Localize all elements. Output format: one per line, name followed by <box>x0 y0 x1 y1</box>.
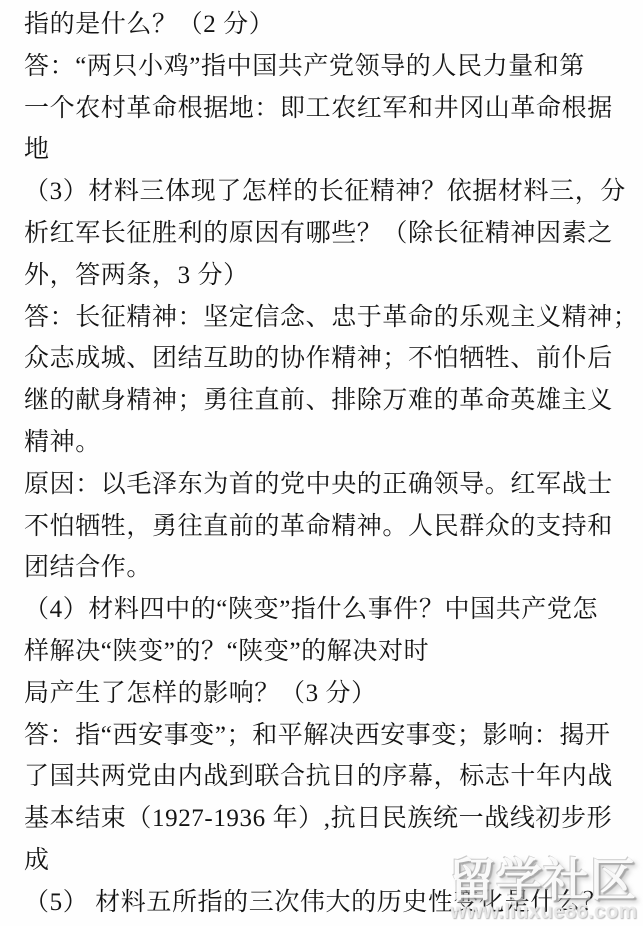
text-line: （5） 材料五所指的三次伟大的历史性变化是什么？ <box>24 882 623 924</box>
text-line: 答：长征精神：坚定信念、忠于革命的乐观主义精神； <box>24 297 623 339</box>
text-line: 一个农村革命根据地：即工农红军和井冈山革命根据 <box>24 88 623 130</box>
text-line: 地 <box>24 129 623 171</box>
text-line: 不怕牺牲，勇往直前的革命精神。人民群众的支持和 <box>24 506 623 548</box>
text-line: 答：“两只小鸡”指中国共产党领导的人民力量和第 <box>24 46 623 88</box>
document-page: 指的是什么？（2 分） 答：“两只小鸡”指中国共产党领导的人民力量和第 一个农村… <box>0 0 643 926</box>
text-line: 继的献身精神；勇往直前、排除万难的革命英雄主义 <box>24 380 623 422</box>
text-line: 精神。 <box>24 422 623 464</box>
text-line: 局产生了怎样的影响？（3 分） <box>24 673 623 715</box>
text-line: （3）材料三体现了怎样的长征精神？依据材料三，分 <box>24 171 623 213</box>
text-line: 团结合作。 <box>24 547 623 589</box>
text-line: 基本结束（1927-1936 年）,抗日民族统一战线初步形 <box>24 798 623 840</box>
text-line: 析红军长征胜利的原因有哪些？（除长征精神因素之 <box>24 213 623 255</box>
text-line: 原因：以毛泽东为首的党中央的正确领导。红军战士 <box>24 464 623 506</box>
text-line: 外，答两条，3 分） <box>24 255 623 297</box>
text-line: 众志成城、团结互助的协作精神；不怕牺牲、前仆后 <box>24 338 623 380</box>
text-line: 答：指“西安事变”；和平解决西安事变；影响：揭开 <box>24 715 623 757</box>
text-line: 成 <box>24 840 623 882</box>
text-line: 指的是什么？（2 分） <box>24 4 623 46</box>
text-line: 了国共两党由内战到联合抗日的序幕，标志十年内战 <box>24 756 623 798</box>
text-line: （4）材料四中的“陕变”指什么事件？中国共产党怎 <box>24 589 623 631</box>
document-text-block: 指的是什么？（2 分） 答：“两只小鸡”指中国共产党领导的人民力量和第 一个农村… <box>24 4 623 924</box>
text-line: 样解决“陕变”的？“陕变”的解决对时 <box>24 631 623 673</box>
